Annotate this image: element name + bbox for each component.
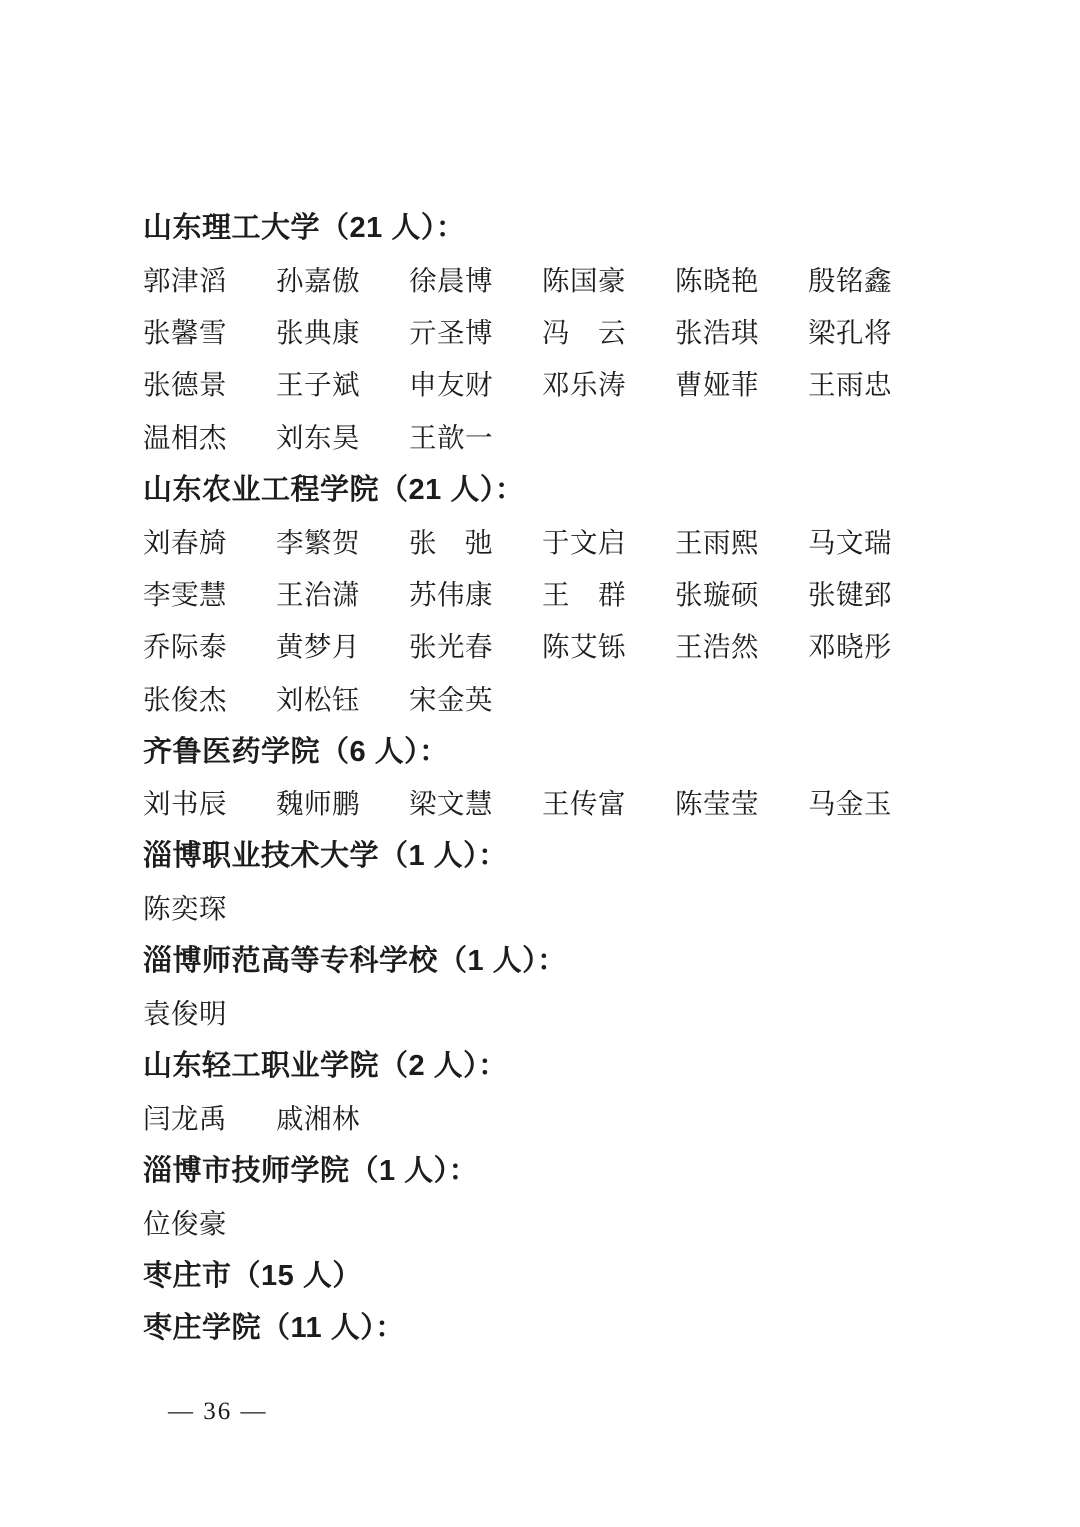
person-name: 张典康 bbox=[276, 310, 409, 350]
person-name: 黄梦月 bbox=[276, 624, 409, 664]
person-name: 邓乐涛 bbox=[542, 362, 675, 402]
section-heading: 齐鲁医药学院（6 人）： bbox=[143, 723, 953, 775]
person-name: 王浩然 bbox=[675, 624, 808, 664]
person-name: 徐晨博 bbox=[409, 258, 542, 298]
person-name: 张光春 bbox=[409, 624, 542, 664]
person-name: 王传富 bbox=[542, 781, 675, 821]
person-name: 冯 云 bbox=[542, 310, 675, 350]
person-name: 位俊豪 bbox=[143, 1201, 276, 1241]
person-name: 王 群 bbox=[542, 572, 675, 612]
names-row: 郭津滔孙嘉傲徐晨博陈国豪陈晓艳殷铭鑫 bbox=[143, 251, 953, 303]
person-name: 梁文慧 bbox=[409, 781, 542, 821]
person-name: 魏师鹏 bbox=[276, 781, 409, 821]
person-name: 张俊杰 bbox=[143, 677, 276, 717]
person-name: 李雯慧 bbox=[143, 572, 276, 612]
person-name: 邓晓彤 bbox=[808, 624, 941, 664]
person-name: 闫龙禹 bbox=[143, 1096, 276, 1136]
person-name: 孙嘉傲 bbox=[276, 258, 409, 298]
names-row: 刘春旑李繁贺张 弛于文启王雨熙马文瑞 bbox=[143, 513, 953, 565]
person-name: 殷铭鑫 bbox=[808, 258, 941, 298]
person-name: 于文启 bbox=[542, 520, 675, 560]
person-name: 张 弛 bbox=[409, 520, 542, 560]
person-name: 王雨忠 bbox=[808, 362, 941, 402]
person-name: 王子斌 bbox=[276, 362, 409, 402]
person-name: 李繁贺 bbox=[276, 520, 409, 560]
person-name: 郭津滔 bbox=[143, 258, 276, 298]
section-heading: 山东轻工职业学院（2 人）： bbox=[143, 1037, 953, 1089]
document-content: 山东理工大学（21 人）：郭津滔孙嘉傲徐晨博陈国豪陈晓艳殷铭鑫张馨雪张典康亓圣博… bbox=[143, 199, 953, 1352]
person-name: 王治潇 bbox=[276, 572, 409, 612]
section-heading: 淄博职业技术大学（1 人）： bbox=[143, 828, 953, 880]
person-name: 刘春旑 bbox=[143, 520, 276, 560]
names-row: 张德景王子斌申友财邓乐涛曹娅菲王雨忠 bbox=[143, 356, 953, 408]
person-name: 袁俊明 bbox=[143, 991, 276, 1031]
names-row: 李雯慧王治潇苏伟康王 群张璇硕张键郅 bbox=[143, 566, 953, 618]
person-name: 张馨雪 bbox=[143, 310, 276, 350]
section-heading: 山东农业工程学院（21 人）： bbox=[143, 461, 953, 513]
person-name: 刘书辰 bbox=[143, 781, 276, 821]
person-name: 张键郅 bbox=[808, 572, 941, 612]
person-name: 陈艾铄 bbox=[542, 624, 675, 664]
names-row: 袁俊明 bbox=[143, 985, 953, 1037]
person-name: 乔际泰 bbox=[143, 624, 276, 664]
names-row: 位俊豪 bbox=[143, 1194, 953, 1246]
person-name: 陈莹莹 bbox=[675, 781, 808, 821]
person-name: 温相杰 bbox=[143, 415, 276, 455]
person-name: 张德景 bbox=[143, 362, 276, 402]
person-name: 马文瑞 bbox=[808, 520, 941, 560]
person-name: 苏伟康 bbox=[409, 572, 542, 612]
section-heading: 淄博师范高等专科学校（1 人）： bbox=[143, 932, 953, 984]
person-name: 陈国豪 bbox=[542, 258, 675, 298]
person-name: 张浩琪 bbox=[675, 310, 808, 350]
person-name: 马金玉 bbox=[808, 781, 941, 821]
person-name: 申友财 bbox=[409, 362, 542, 402]
names-row: 刘书辰魏师鹏梁文慧王传富陈莹莹马金玉 bbox=[143, 775, 953, 827]
person-name: 亓圣博 bbox=[409, 310, 542, 350]
names-row: 乔际泰黄梦月张光春陈艾铄王浩然邓晓彤 bbox=[143, 618, 953, 670]
person-name: 宋金英 bbox=[409, 677, 542, 717]
names-row: 张俊杰刘松钰宋金英 bbox=[143, 671, 953, 723]
names-row: 张馨雪张典康亓圣博冯 云张浩琪梁孔将 bbox=[143, 304, 953, 356]
person-name: 陈晓艳 bbox=[675, 258, 808, 298]
names-row: 温相杰刘东昊王歆一 bbox=[143, 409, 953, 461]
person-name: 刘东昊 bbox=[276, 415, 409, 455]
person-name: 陈奕琛 bbox=[143, 886, 276, 926]
names-row: 陈奕琛 bbox=[143, 880, 953, 932]
page-number: — 36 — bbox=[168, 1398, 268, 1426]
person-name: 戚湘林 bbox=[276, 1096, 409, 1136]
person-name: 刘松钰 bbox=[276, 677, 409, 717]
section-heading: 枣庄学院（11 人）： bbox=[143, 1299, 953, 1351]
section-heading: 淄博市技师学院（1 人）： bbox=[143, 1142, 953, 1194]
section-heading: 枣庄市（15 人） bbox=[143, 1247, 953, 1299]
person-name: 王雨熙 bbox=[675, 520, 808, 560]
person-name: 曹娅菲 bbox=[675, 362, 808, 402]
person-name: 张璇硕 bbox=[675, 572, 808, 612]
person-name: 王歆一 bbox=[409, 415, 542, 455]
names-row: 闫龙禹戚湘林 bbox=[143, 1090, 953, 1142]
document-page: 山东理工大学（21 人）：郭津滔孙嘉傲徐晨博陈国豪陈晓艳殷铭鑫张馨雪张典康亓圣博… bbox=[0, 0, 1080, 1527]
person-name: 梁孔将 bbox=[808, 310, 941, 350]
section-heading: 山东理工大学（21 人）： bbox=[143, 199, 953, 251]
